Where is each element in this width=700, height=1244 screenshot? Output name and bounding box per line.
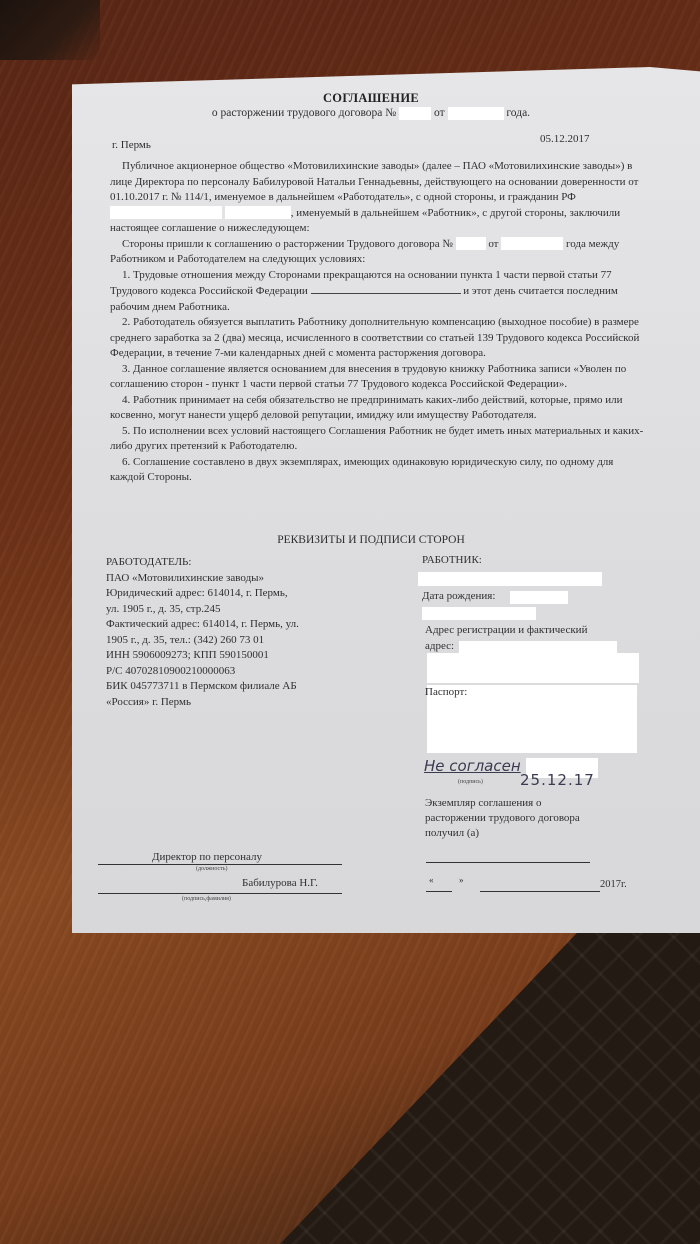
position-caption: (должность) <box>196 866 228 872</box>
redacted-birth-date <box>510 591 568 604</box>
employer-line: 1905 г., д. 35, тел.: (342) 260 73 01 <box>106 633 299 649</box>
document-title: СОГЛАШЕНИЕ <box>72 91 670 106</box>
handwritten-date: 25.12.17 <box>520 771 595 789</box>
clause-3: 3. Данное соглашение является основанием… <box>110 362 650 393</box>
redacted-contract-date <box>448 107 504 120</box>
employer-line: БИК 045773711 в Пермском филиале АБ <box>106 679 299 695</box>
document-date: 05.12.2017 <box>540 133 590 145</box>
passport-label-overlay: Паспорт: <box>425 686 467 698</box>
employer-line: ул. 1905 г., д. 35, стр.245 <box>106 602 299 618</box>
redacted-contract-number-2 <box>456 237 486 250</box>
document-subtitle: о расторжении трудового договора № от го… <box>72 107 670 120</box>
redacted-contract-date-2 <box>501 237 563 250</box>
clause-5: 5. По исполнении всех условий настоящего… <box>110 424 650 455</box>
document-body: Публичное акционерное общество «Мотовили… <box>110 159 650 486</box>
signer-caption: (подпись,фамилия) <box>182 896 231 902</box>
employer-requisites: РАБОТОДАТЕЛЬ: ПАО «Мотовилихинские завод… <box>106 555 299 710</box>
employee-signature-line <box>426 862 590 863</box>
employer-line: Юридический адрес: 614014, г. Пермь, <box>106 586 299 602</box>
day-line <box>426 891 452 892</box>
employer-line: Фактический адрес: 614014, г. Пермь, ул. <box>106 617 299 633</box>
employee-heading: РАБОТНИК: <box>422 553 482 569</box>
redacted-employee-name <box>110 206 222 219</box>
clause-6: 6. Соглашение составлено в двух экземпля… <box>110 455 650 486</box>
date-quote-open: « <box>429 873 434 889</box>
employer-line: ИНН 5906009273; КПП 590150001 <box>106 648 299 664</box>
month-line <box>480 891 600 892</box>
redacted-employee-fullname <box>418 572 602 586</box>
employee-requisites: РАБОТНИК: <box>422 553 482 569</box>
clause-1: 1. Трудовые отношения между Сторонами пр… <box>110 268 650 316</box>
employer-heading: РАБОТОДАТЕЛЬ: <box>106 555 299 571</box>
redacted-address-2 <box>427 653 639 683</box>
blank-date-line <box>311 283 461 294</box>
signature-caption: (подпись) <box>458 779 483 785</box>
background-rug <box>280 914 700 1244</box>
clause-2: 2. Работодатель обязуется выплатить Рабо… <box>110 315 650 362</box>
copy-received-note: Экземпляр соглашения о расторжении трудо… <box>425 796 580 841</box>
clause-4: 4. Работник принимает на себя обязательс… <box>110 393 650 424</box>
employer-line: «Россия» г. Пермь <box>106 695 299 711</box>
date-quote-close: » <box>459 873 464 889</box>
employer-line: ПАО «Мотовилихинские заводы» <box>106 571 299 587</box>
signature-line <box>98 893 342 894</box>
requisites-heading: РЕКВИЗИТЫ И ПОДПИСИ СТОРОН <box>72 534 670 546</box>
year-suffix: 2017г. <box>600 877 627 893</box>
employee-birth-row: Дата рождения: <box>422 589 495 605</box>
position-line <box>98 864 342 865</box>
redacted-employee-name-cont <box>225 206 291 219</box>
agreement-document: СОГЛАШЕНИЕ о расторжении трудового догов… <box>72 67 700 933</box>
document-city: г. Пермь <box>112 139 151 151</box>
handwritten-disagree-note: Не согласен <box>424 757 521 775</box>
intro-paragraph: Публичное акционерное общество «Мотовили… <box>110 159 650 237</box>
employer-signer: Бабилурова Н.Г. <box>242 876 318 892</box>
background-corner <box>0 0 100 60</box>
terms-paragraph: Стороны пришли к соглашению о расторжени… <box>110 237 650 268</box>
redacted-birth-place <box>422 607 536 620</box>
redacted-contract-number <box>399 107 431 120</box>
employer-line: Р/С 40702810900210000063 <box>106 664 299 680</box>
